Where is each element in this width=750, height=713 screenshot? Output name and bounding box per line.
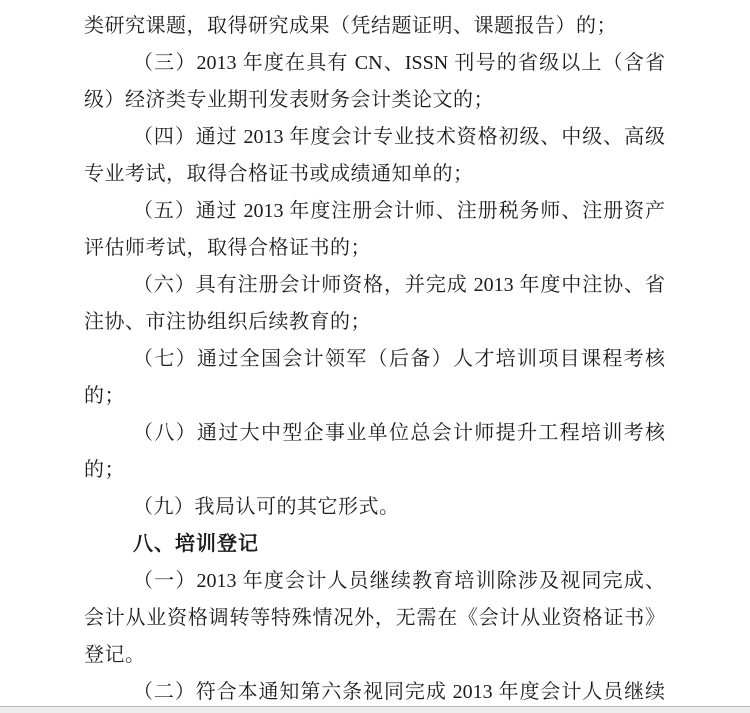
section-heading: 八、培训登记: [84, 526, 665, 563]
text-line: 级）经济类专业期刊发表财务会计类论文的；: [84, 82, 665, 119]
page-bottom-edge: [0, 706, 750, 713]
text-line: （六）具有注册会计师资格，并完成 2013 年度中注协、省: [84, 267, 665, 304]
text-line: （五）通过 2013 年度注册会计师、注册税务师、注册资产: [84, 193, 665, 230]
text-line: （三）2013 年度在具有 CN、ISSN 刊号的省级以上（含省: [84, 45, 665, 82]
text-line: 评估师考试，取得合格证书的；: [84, 230, 665, 267]
text-line: 会计从业资格调转等特殊情况外，无需在《会计从业资格证书》: [84, 600, 665, 637]
text-line: （八）通过大中型企事业单位总会计师提升工程培训考核: [84, 415, 665, 452]
text-line: （一）2013 年度会计人员继续教育培训除涉及视同完成、: [84, 563, 665, 600]
text-line: 登记。: [84, 637, 665, 674]
text-line: 类研究课题，取得研究成果（凭结题证明、课题报告）的；: [84, 8, 665, 45]
text-line: 注协、市注协组织后续教育的；: [84, 304, 665, 341]
text-line: （七）通过全国会计领军（后备）人才培训项目课程考核: [84, 341, 665, 378]
document-text: 类研究课题，取得研究成果（凭结题证明、课题报告）的；（三）2013 年度在具有 …: [84, 8, 665, 711]
text-line: 的；: [84, 378, 665, 415]
text-line: 专业考试，取得合格证书或成绩通知单的；: [84, 156, 665, 193]
document-page: 类研究课题，取得研究成果（凭结题证明、课题报告）的；（三）2013 年度在具有 …: [0, 0, 750, 713]
text-line: 的；: [84, 452, 665, 489]
text-line: （九）我局认可的其它形式。: [84, 489, 665, 526]
text-line: （四）通过 2013 年度会计专业技术资格初级、中级、高级: [84, 119, 665, 156]
